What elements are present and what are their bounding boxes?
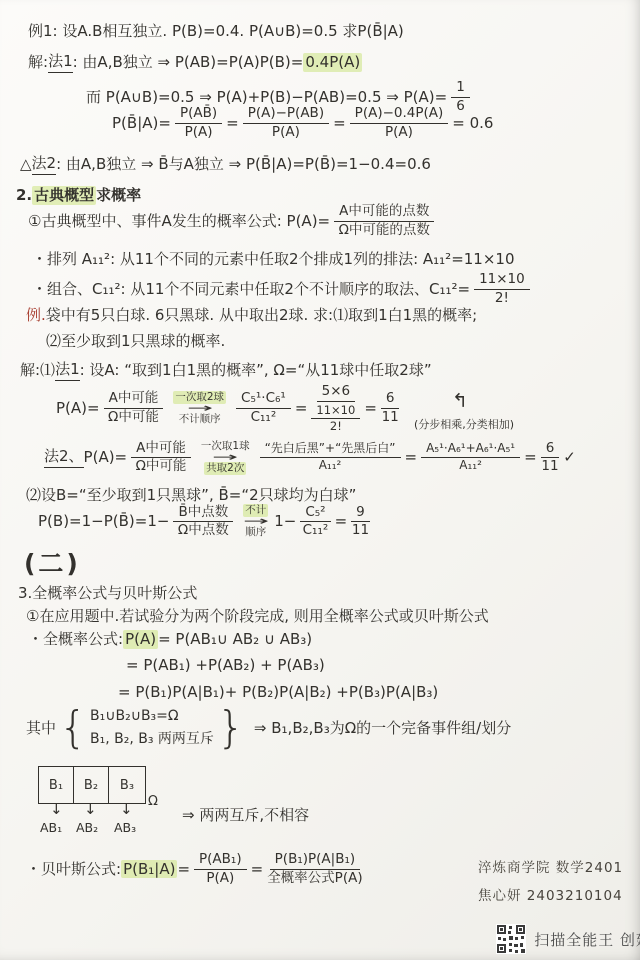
frac-numerator: 6 xyxy=(541,441,560,459)
frac-numerator: “先白后黑”+“先黑后白” xyxy=(260,442,401,458)
fraction-c5c6-over-c11: C₅¹·C₆¹ C₁₁² xyxy=(236,391,291,425)
total-probability-label: ・全概率公式: xyxy=(28,630,123,649)
event-b-definition: ⑵设B=“至少取到1只黑球”, B̄=“2只球均为白球” xyxy=(26,486,356,505)
example-marker: 例. xyxy=(26,306,46,325)
combination-line: ・组合、C₁₁²: 从11个不同元素中任取2个不计顺序的取法、C₁₁²= 11×… xyxy=(32,272,534,306)
frac-numerator: P(AB₁) xyxy=(194,852,247,870)
frac-numerator: 5×6 xyxy=(317,384,356,402)
frac-denominator: C₁₁² xyxy=(303,522,329,539)
box-b2: B₂ xyxy=(74,767,109,803)
down-arrow-icon: ↓ xyxy=(50,800,63,818)
equals-sign: = xyxy=(335,512,348,531)
fraction-substituted: P(A)−0.4P(A) P(A) xyxy=(350,106,449,140)
curve-arrow-line: ↰ xyxy=(452,390,468,414)
ex1-solution-method1-line: 解: 法1 : 由A,B独立 ⇒ P(AB)=P(A)P(B)= 0.4P(A) xyxy=(28,52,362,73)
method2-label: 法2、 xyxy=(44,447,84,468)
arrow-annotation: 不计 → 顺序 xyxy=(243,504,268,539)
pa-lhs: P(A)= xyxy=(84,448,128,467)
section3-note-line: ①在应用题中.若试验分为两个阶段完成, 则用全概率公式或贝叶斯公式 xyxy=(26,607,489,626)
bayes-label: ・贝叶斯公式: xyxy=(26,860,121,879)
where-label: 其中 xyxy=(26,719,56,738)
frac-denominator: P(A) xyxy=(272,124,300,141)
frac-denominator: C₁₁² xyxy=(251,409,277,426)
diagram-conclusion-line: ⇒ 两两互斥,不相容 xyxy=(182,806,309,825)
frac-numerator: A中可能 xyxy=(104,391,164,409)
fraction-six-elevenths: 6 11 xyxy=(381,391,400,425)
section3-title-line: 3.全概率公式与贝叶斯公式 xyxy=(18,584,197,603)
scanned-notes-page: 例1: 设A.B相互独立. P(B)=0.4. P(A∪B)=0.5 求P(B̄… xyxy=(0,0,640,960)
total-probability-line3: = P(B₁)P(A|B₁)+ P(B₂)P(A|B₂) +P(B₃)P(A|B… xyxy=(118,683,438,702)
frac-denominator: 2! xyxy=(495,290,509,307)
school-class-signature: 淬炼商学院 数学2401 xyxy=(478,856,623,876)
school-class-text: 淬炼商学院 数学2401 xyxy=(478,860,623,876)
section2-keyword: 古典概型 xyxy=(32,186,96,205)
union-equation: 而 P(A∪B)=0.5 ⇒ P(A)+P(B)−P(AB)=0.5 ⇒ P(A… xyxy=(86,88,447,107)
fraction-pab-over-pa: P(AB̄) P(A) xyxy=(175,106,222,140)
fraction-nested: 5×6 11×10 2! xyxy=(311,384,360,433)
box-b3: B₃ xyxy=(109,767,145,803)
left-brace: { xyxy=(59,709,87,746)
frac-denominator: 全概率公式P(A) xyxy=(267,870,362,887)
frac-numerator: P(A)−0.4P(A) xyxy=(350,106,449,124)
partition-boxes: B₁ B₂ B₃ xyxy=(38,766,146,804)
fraction-expanded: P(A)−P(AB) P(A) xyxy=(243,106,329,140)
partition-conditions-line: 其中 { B₁∪B₂∪B₃=Ω B₁, B₂, B₃ 两两互斥 } ⇒ B₁,B… xyxy=(26,708,511,748)
frac-numerator: 1 xyxy=(451,80,470,98)
fraction-bayes-expanded: P(B₁)P(A|B₁) 全概率公式P(A) xyxy=(267,852,362,886)
pb-lhs: P(B)=1−P(B̄)=1− xyxy=(38,512,169,531)
union-decomposition: = P(AB₁∪ AB₂ ∪ AB₃) xyxy=(158,630,312,649)
classical-formula-line: ①古典概型中、事件A发生的概率公式: P(A)= A中可能的点数 Ω中可能的点数 xyxy=(28,204,438,238)
frac-denominator: P(A) xyxy=(385,124,413,141)
equals-sign: = xyxy=(226,114,239,133)
frac-denominator: Ω中可能 xyxy=(108,409,159,426)
pa-lhs: P(A)= xyxy=(56,399,100,418)
ex2-part2-definition-line: ⑵设B=“至少取到1只黑球”, B̄=“2只球均为白球” xyxy=(26,486,356,505)
ab2-label: AB₂ xyxy=(76,820,98,835)
disjoint-conclusion: ⇒ 两两互斥,不相容 xyxy=(182,806,309,825)
part-two-header-line: (二) xyxy=(24,548,81,579)
frac-numerator: C₅² xyxy=(300,505,330,523)
pa-highlighted: P(A) xyxy=(123,630,158,649)
equals-sign: = xyxy=(333,114,346,133)
section2-number: 2. xyxy=(16,186,32,205)
method1-label: 法1 xyxy=(48,52,73,73)
frac-denominator: Ω中可能的点数 xyxy=(339,222,430,239)
equals-sign: = xyxy=(364,399,377,418)
final-value: = 0.6 xyxy=(452,114,493,133)
right-arrow-icon: → xyxy=(187,404,213,413)
fraction-white-black-orders: “先白后黑”+“先黑后白” A₁₁² xyxy=(260,442,401,473)
equals-sign: = xyxy=(251,860,264,879)
frac-numerator: A₅¹·A₆¹+A₆¹·A₅¹ xyxy=(421,442,520,458)
frac-denominator: P(A) xyxy=(185,124,213,141)
total-probability-line2: = P(AB₁) +P(AB₂) + P(AB₃) xyxy=(126,656,325,675)
independence-derivation: : 由A,B独立 ⇒ P(AB)=P(A)P(B)= xyxy=(73,53,304,72)
combination-note: ・组合、C₁₁²: 从11个不同元素中任取2个不计顺序的取法、C₁₁²= xyxy=(32,280,470,299)
fraction-c52-over-c112: C₅² C₁₁² xyxy=(300,505,330,539)
curve-arrow-icon: ↰ xyxy=(452,390,468,414)
frac-denominator: Ω中点数 xyxy=(178,522,229,539)
student-name-id: 焦心妍 2403210104 xyxy=(478,884,623,904)
ex2-statement-line2: ⑵至少取到1只黑球的概率. xyxy=(46,332,225,351)
right-brace: } xyxy=(217,709,245,746)
multiply-add-note: (分步相乘,分类相加) xyxy=(414,418,514,432)
fraction-combination: 11×10 2! xyxy=(474,272,530,306)
frac-numerator: A中可能的点数 xyxy=(334,204,434,222)
ab3-label: AB₃ xyxy=(114,820,136,835)
frac-denominator: 2! xyxy=(330,419,342,433)
frac-numerator: 6 xyxy=(381,391,400,409)
fraction-bbar-counts: B̄中点数 Ω中点数 xyxy=(173,505,233,539)
ex2-statement-line1: 例. 袋中有5只白球. 6只黑球. 从中取出2球. 求:⑴取到1白1黑的概率; xyxy=(26,306,477,325)
frac-numerator: P(A)−P(AB) xyxy=(243,106,329,124)
right-arrow-icon: → xyxy=(243,517,269,526)
frac-denominator: A₁₁² xyxy=(319,458,342,473)
fraction-possible: A中可能 Ω中可能 xyxy=(131,441,191,475)
highlighted-result: 0.4P(A) xyxy=(303,53,362,72)
classical-formula-intro: ①古典概型中、事件A发生的概率公式: P(A)= xyxy=(28,212,330,231)
bayes-lhs-highlighted: P(B₁|A) xyxy=(121,860,177,879)
section3-title: 3.全概率公式与贝叶斯公式 xyxy=(18,584,197,603)
ex2-statement-part1: 袋中有5只白球. 6只黑球. 从中取出2球. 求:⑴取到1白1黑的概率; xyxy=(46,306,477,325)
solve-label: 解:⑴ xyxy=(20,361,55,380)
condition-union: B₁∪B₂∪B₃=Ω xyxy=(90,708,214,726)
ex1-statement-line: 例1: 设A.B相互独立. P(B)=0.4. P(A∪B)=0.5 求P(B̄… xyxy=(28,22,404,41)
one-minus: 1− xyxy=(274,512,296,531)
frac-denominator: 11 xyxy=(352,522,369,539)
triangle-marker: △ xyxy=(20,155,32,174)
equals-sign: = xyxy=(405,448,418,467)
fraction-a5a6-over-a11: A₅¹·A₆¹+A₆¹·A₅¹ A₁₁² xyxy=(421,442,520,473)
method-note-line: (分步相乘,分类相加) xyxy=(414,418,514,432)
ex2-method1-formula-line: P(A)= A中可能 Ω中可能 一次取2球 → 不计顺序 C₅¹·C₆¹ C₁₁… xyxy=(56,384,403,433)
scanner-app-text: 扫描全能王 创建 xyxy=(534,929,640,950)
partition-diagram: B₁ B₂ B₃ Ω ↓ ↓ ↓ AB₁ AB₂ AB₃ xyxy=(38,766,248,844)
frac-numerator: 11×10 xyxy=(311,404,360,419)
section2-suffix: 求概率 xyxy=(96,186,141,205)
section2-title-line: 2. 古典概型 求概率 xyxy=(16,186,141,205)
frac-numerator: C₅¹·C₆¹ xyxy=(236,391,291,409)
frac-denominator: Ω中可能 xyxy=(136,458,187,475)
ex2-solution-intro-line: 解:⑴ 法1 : 设A: “取到1白1黑的概率”, Ω=“从11球中任取2球” xyxy=(20,360,432,381)
fraction-possible: A中可能 Ω中可能 xyxy=(104,391,164,425)
frac-denominator: 11 xyxy=(541,458,558,475)
solve-label: 解: xyxy=(28,53,48,72)
scanner-watermark: 扫描全能王 创建 xyxy=(496,924,640,954)
fraction-classical: A中可能的点数 Ω中可能的点数 xyxy=(334,204,434,238)
event-definition: : 设A: “取到1白1黑的概率”, Ω=“从11球中任取2球” xyxy=(80,361,432,380)
ab1-label: AB₁ xyxy=(40,820,62,835)
permutation-note: ・排列 A₁₁²: 从11个不同的元素中任取2个排成1列的排法: A₁₁²=11… xyxy=(32,250,515,269)
down-arrow-icon: ↓ xyxy=(120,800,133,818)
equals-sign: = xyxy=(295,399,308,418)
arrow-annotation: 一次取2球 → 不计顺序 xyxy=(173,391,226,426)
omega-label: Ω xyxy=(148,794,158,809)
fraction-six-elevenths: 6 11 xyxy=(541,441,560,475)
application-note: ①在应用题中.若试验分为两个阶段完成, 则用全概率公式或贝叶斯公式 xyxy=(26,607,489,626)
frac-numerator: 9 xyxy=(351,505,370,523)
arrow-annotation: 一次取1球 → 共取2次 xyxy=(201,440,250,475)
down-arrow-icon: ↓ xyxy=(84,800,97,818)
total-probability-line1: ・全概率公式: P(A) = P(AB₁∪ AB₂ ∪ AB₃) xyxy=(28,630,312,649)
check-mark-icon: ✓ xyxy=(563,448,576,467)
ex2-part2-formula-line: P(B)=1−P(B̄)=1− B̄中点数 Ω中点数 不计 → 顺序 1− C₅… xyxy=(38,504,374,539)
frac-numerator: A中可能 xyxy=(131,441,191,459)
conditions-column: B₁∪B₂∪B₃=Ω B₁, B₂, B₃ 两两互斥 xyxy=(90,708,214,748)
bayes-formula-line: ・贝叶斯公式: P(B₁|A) = P(AB₁) P(A) = P(B₁)P(A… xyxy=(26,852,367,886)
equals-sign: = xyxy=(177,860,190,879)
right-arrow-icon: → xyxy=(212,453,238,462)
conditional-lhs: P(B̄|A)= xyxy=(112,114,171,133)
partition-conclusion: ⇒ B₁,B₂,B₃为Ω的一个完备事件组/划分 xyxy=(254,719,511,738)
part-two-header: (二) xyxy=(24,548,81,579)
ex1-conditional-probability-line: P(B̄|A)= P(AB̄) P(A) = P(A)−P(AB) P(A) =… xyxy=(112,106,493,140)
ex1-method2-line: △ 法2 : 由A,B独立 ⇒ B̄与A独立 ⇒ P(B̄|A)=P(B̄)=1… xyxy=(20,154,431,175)
ex1-statement: 例1: 设A.B相互独立. P(B)=0.4. P(A∪B)=0.5 求P(B̄… xyxy=(28,22,404,41)
method2-label: 法2 xyxy=(32,154,57,175)
frac-denominator: A₁₁² xyxy=(459,458,482,473)
equals-sign: = xyxy=(524,448,537,467)
frac-denominator: 11 xyxy=(382,409,399,426)
fraction-pab1-over-pa: P(AB₁) P(A) xyxy=(194,852,247,886)
student-name-text: 焦心妍 2403210104 xyxy=(478,888,623,904)
conditional-expansion: = P(B₁)P(A|B₁)+ P(B₂)P(A|B₂) +P(B₃)P(A|B… xyxy=(118,683,438,702)
ex2-statement-part2: ⑵至少取到1只黑球的概率. xyxy=(46,332,225,351)
permutation-line: ・排列 A₁₁²: 从11个不同的元素中任取2个排成1列的排法: A₁₁²=11… xyxy=(32,250,515,269)
frac-denominator-nested: 11×10 2! xyxy=(311,402,360,433)
frac-numerator: B̄中点数 xyxy=(173,505,233,523)
method2-derivation: : 由A,B独立 ⇒ B̄与A独立 ⇒ P(B̄|A)=P(B̄)=1−0.4=… xyxy=(56,155,431,174)
condition-disjoint: B₁, B₂, B₃ 两两互斥 xyxy=(90,731,214,749)
frac-numerator: 11×10 xyxy=(474,272,530,290)
frac-numerator: P(B₁)P(A|B₁) xyxy=(270,852,360,870)
box-b1: B₁ xyxy=(39,767,74,803)
fraction-inner: 11×10 2! xyxy=(311,404,360,433)
sum-of-intersections: = P(AB₁) +P(AB₂) + P(AB₃) xyxy=(126,656,325,675)
ex2-method2-formula-line: 法2、 P(A)= A中可能 Ω中可能 一次取1球 → 共取2次 “先白后黑”+… xyxy=(44,440,576,475)
qr-code-icon xyxy=(496,924,526,954)
frac-denominator: P(A) xyxy=(206,870,234,887)
frac-numerator: P(AB̄) xyxy=(175,106,222,124)
fraction-nine-elevenths: 9 11 xyxy=(351,505,370,539)
method1-label: 法1 xyxy=(55,360,80,381)
